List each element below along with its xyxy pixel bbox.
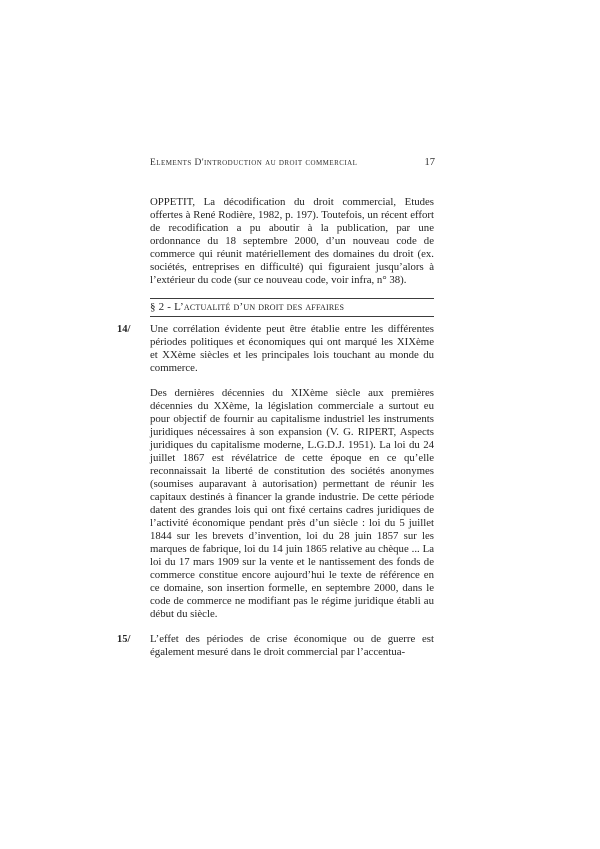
numbered-paragraph: Des dernières décennies du XIXème siècle… [150,387,434,621]
text-column: OPPETIT, La décodification du droit comm… [150,196,434,659]
intro-paragraph: OPPETIT, La décodification du droit comm… [150,196,434,287]
paragraph-text: L’effet des périodes de crise économique… [150,633,434,659]
numbered-paragraph: 14/ Une corrélation évidente peut être é… [150,323,434,375]
section-heading: § 2 - L’actualité d’un droit des affaire… [150,298,434,317]
paragraph-number: 15/ [117,633,130,646]
page-number: 17 [425,157,436,168]
numbered-paragraph: 15/ L’effet des périodes de crise économ… [150,633,434,659]
book-page: Elements D'introduction au droit commerc… [0,0,600,849]
paragraph-text: Une corrélation évidente peut être établ… [150,323,434,375]
paragraph-text: Des dernières décennies du XIXème siècle… [150,387,434,621]
running-head: Elements D'introduction au droit commerc… [150,157,435,168]
paragraph-number: 14/ [117,323,130,336]
running-head-title: Elements D'introduction au droit commerc… [150,158,357,168]
